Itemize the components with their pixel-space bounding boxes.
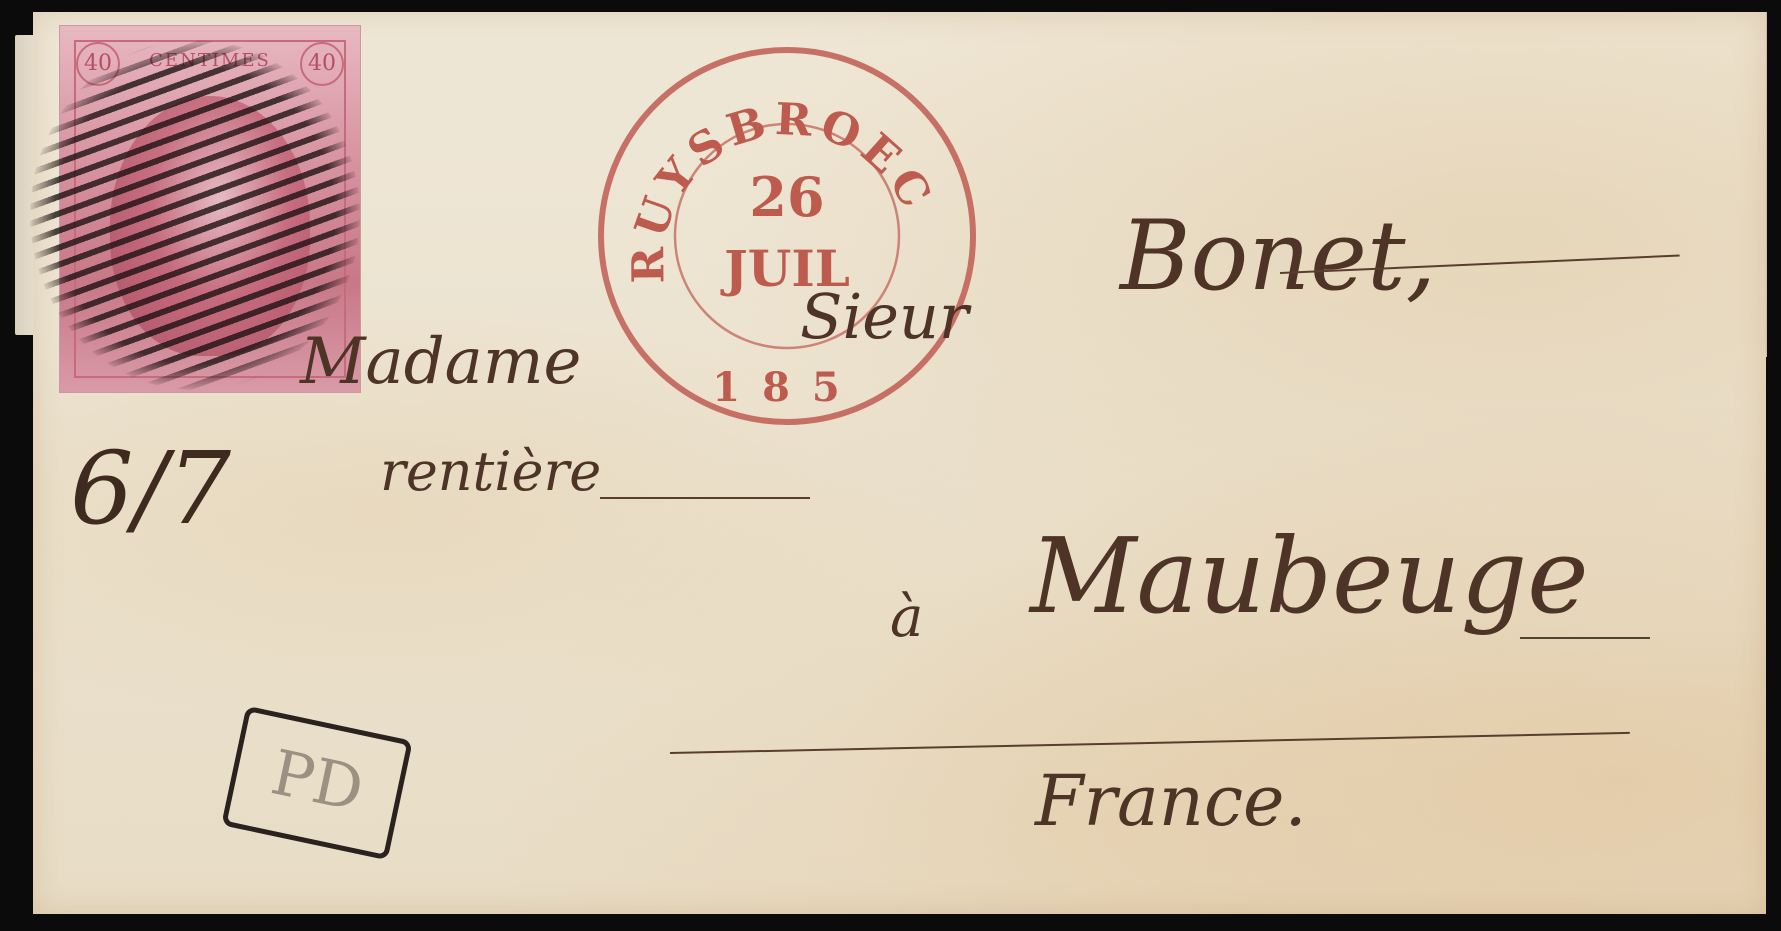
address-city: Maubeuge xyxy=(1030,515,1589,637)
address-salutation: Madame xyxy=(300,325,581,399)
address-country: France. xyxy=(1035,760,1307,842)
address-surname: Bonet, xyxy=(1120,200,1436,312)
circular-postmark: RUYSBROECK 26 JUIL 185 xyxy=(592,41,982,431)
rate-marking: 6/7 xyxy=(70,430,231,547)
postmark-year: 185 xyxy=(712,364,862,411)
postmark-day: 26 xyxy=(749,165,824,229)
address-prefix: à xyxy=(890,585,923,650)
address-title: Sieur xyxy=(800,280,969,353)
flourish-stroke xyxy=(1520,637,1650,639)
stamp-value-right: 40 xyxy=(300,42,344,86)
flourish-stroke xyxy=(600,497,810,499)
address-occupation: rentière xyxy=(380,440,601,503)
